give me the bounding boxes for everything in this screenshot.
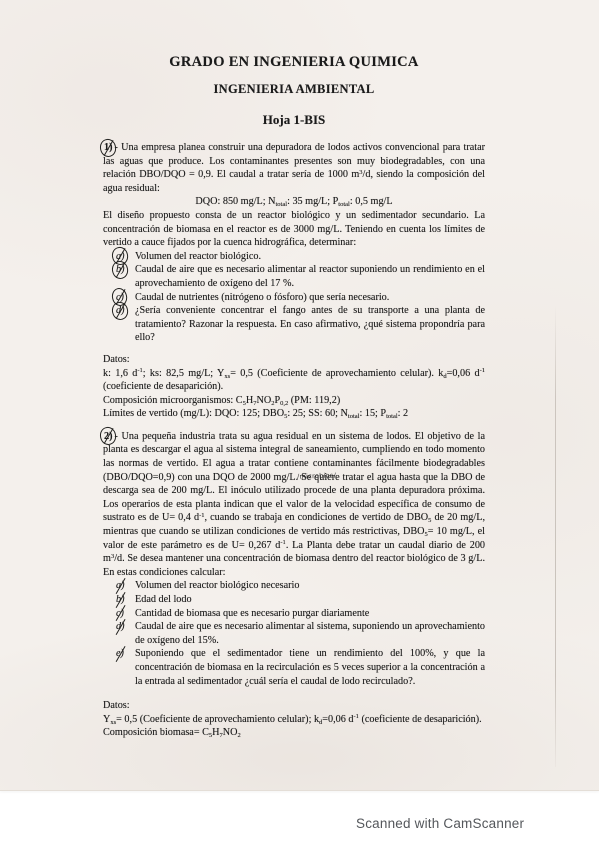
list-item: d) Caudal de aire que es necesario alime… — [103, 620, 485, 647]
page-subtitle: INGENIERIA AMBIENTAL — [103, 81, 485, 98]
datos-line: Composición biomasa= C5H7NO2 — [103, 726, 485, 740]
problem1-design-paragraph: El diseño propuesto consta de un reactor… — [103, 209, 485, 250]
problem2-question-list: a) Volumen del reactor biológico necesar… — [103, 579, 485, 688]
item-text: ¿Sería conveniente concentrar el fango a… — [135, 304, 485, 345]
problem1-intro: 1)- Una empresa planea construir una dep… — [103, 141, 485, 195]
item-text: Caudal de aire que es necesario alimenta… — [135, 263, 485, 290]
item-marker: b) — [115, 263, 126, 277]
item-marker: d) — [115, 620, 126, 634]
problem1-marker: 1) — [103, 141, 114, 155]
item-text: Caudal de aire que es necesario alimenta… — [135, 620, 485, 647]
problem2-intro: 2)- Una pequeña industria trata su agua … — [103, 430, 485, 580]
problem1-composition-line: DQO: 850 mg/L; Ntotal: 35 mg/L; Ptotal: … — [103, 195, 485, 209]
problem2-data-block: Datos: Yxs= 0,5 (Coeficiente de aprovech… — [103, 699, 485, 740]
item-text: Suponiendo que el sedimentador tiene un … — [135, 647, 485, 688]
item-text: Cantidad de biomasa que es necesario pur… — [135, 607, 485, 621]
camscanner-watermark: Scanned with CamScanner — [356, 816, 556, 831]
datos-line: Límites de vertido (mg/L): DQO: 125; DBO… — [103, 407, 485, 421]
list-item: b) Caudal de aire que es necesario alime… — [103, 263, 485, 290]
datos-line: Composición microorganismos: C5H7NO2P0,2… — [103, 394, 485, 408]
datos-line: Yxs= 0,5 (Coeficiente de aprovechamiento… — [103, 713, 485, 727]
list-item: c) Caudal de nutrientes (nitrógeno o fós… — [103, 291, 485, 305]
page-title: GRADO EN INGENIERIA QUIMICA — [103, 52, 485, 72]
list-item: a) Volumen del reactor biológico. — [103, 250, 485, 264]
item-text: Volumen del reactor biológico necesario — [135, 579, 485, 593]
sheet-label: Hoja 1-BIS — [103, 111, 485, 128]
scan-crease-line — [555, 305, 556, 767]
list-item: b) Edad del lodo — [103, 593, 485, 607]
datos-label: Datos: — [103, 353, 485, 367]
item-marker: e) — [115, 647, 125, 661]
problem1-question-list: a) Volumen del reactor biológico. b) Cau… — [103, 250, 485, 345]
datos-label: Datos: — [103, 699, 485, 713]
item-text: Edad del lodo — [135, 593, 485, 607]
item-text: Volumen del reactor biológico. — [135, 250, 485, 264]
list-item: c) Cantidad de biomasa que es necesario … — [103, 607, 485, 621]
problem2-marker: 2) — [103, 430, 114, 444]
list-item: a) Volumen del reactor biológico necesar… — [103, 579, 485, 593]
problem1-data-block: Datos: k: 1,6 d-1; ks: 82,5 mg/L; Yxs= 0… — [103, 353, 485, 421]
datos-line: k: 1,6 d-1; ks: 82,5 mg/L; Yxs= 0,5 (Coe… — [103, 367, 485, 394]
list-item: e) Suponiendo que el sedimentador tiene … — [103, 647, 485, 688]
document-content: GRADO EN INGENIERIA QUIMICA INGENIERIA A… — [103, 0, 485, 740]
item-marker: c) — [115, 607, 125, 621]
problem2-intro-text: - Una pequeña industria trata su agua re… — [103, 431, 485, 578]
scanned-page: GRADO EN INGENIERIA QUIMICA INGENIERIA A… — [0, 0, 599, 791]
list-item: d) ¿Sería conveniente concentrar el fang… — [103, 304, 485, 345]
item-text: Caudal de nutrientes (nitrógeno o fósfor… — [135, 291, 485, 305]
handwritten-annotation: /microbios/ — [297, 472, 336, 480]
problem1-intro-text: - Una empresa planea construir una depur… — [103, 142, 485, 194]
item-marker: d) — [115, 304, 126, 318]
